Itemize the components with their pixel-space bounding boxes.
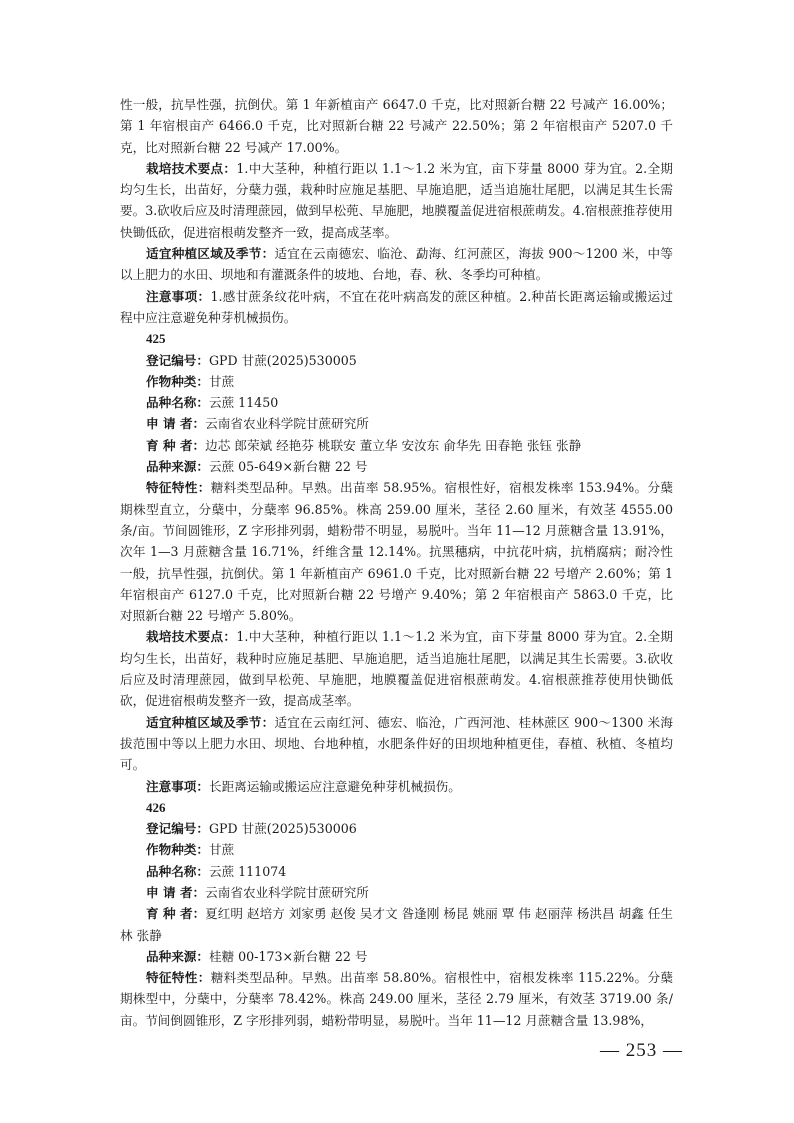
traits-value: 糖料类型品种。早熟。出苗率 58.95%。宿根性好，宿根发株率 153.94%。… — [120, 480, 673, 623]
region-label: 适宜种植区域及季节： — [146, 246, 274, 261]
source-label: 品种来源： — [146, 459, 209, 474]
applicant-value: 云南省农业科学院甘蔗研究所 — [205, 885, 369, 900]
region-label: 适宜种植区域及季节： — [146, 715, 274, 730]
cultivation-label: 栽培技术要点： — [146, 629, 236, 644]
breeders: 育 种 者：夏红明 赵培方 刘家勇 赵俊 吴才文 昝逢刚 杨昆 姚丽 覃 伟 赵… — [120, 903, 673, 946]
crop-label: 作物种类： — [146, 374, 209, 389]
document-page: 性一般，抗旱性强，抗倒伏。第 1 年新植亩产 6647.0 千克，比对照新台糖 … — [120, 94, 673, 1031]
region: 适宜种植区域及季节：适宜在云南红河、德宏、临沧，广西河池、桂林蔗区 900～13… — [120, 712, 673, 776]
notes-value: 长距离运输或搬运应注意避免种芽机械损伤。 — [209, 779, 461, 794]
traits-continuation: 性一般，抗旱性强，抗倒伏。第 1 年新植亩产 6647.0 千克，比对照新台糖 … — [120, 94, 673, 158]
crop-label: 作物种类： — [146, 842, 209, 857]
variety-source: 品种来源：桂糖 00-173×新台糖 22 号 — [120, 946, 673, 967]
traits-label: 特征特性： — [146, 480, 211, 495]
breeders-label: 育 种 者： — [146, 438, 205, 453]
variety-name: 品种名称：云蔗 11450 — [120, 392, 673, 413]
traits: 特征特性：糖料类型品种。早熟。出苗率 58.80%。宿根性中，宿根发株率 115… — [120, 967, 673, 1031]
notes-paragraph: 注意事项：1.感甘蔗条纹花叶病，不宜在花叶病高发的蔗区种植。2.种苗长距离运输或… — [120, 286, 673, 329]
variety-name-value: 云蔗 11450 — [209, 395, 278, 410]
traits-label: 特征特性： — [146, 970, 211, 985]
notes-label: 注意事项： — [146, 289, 210, 304]
variety-source: 品种来源：云蔗 05-649×新台糖 22 号 — [120, 456, 673, 477]
registration-number: 登记编号：GPD 甘蔗(2025)530006 — [120, 818, 673, 839]
notes-label: 注意事项： — [146, 779, 209, 794]
breeders-label: 育 种 者： — [146, 906, 205, 921]
source-value: 桂糖 00-173×新台糖 22 号 — [209, 949, 367, 964]
region-paragraph: 适宜种植区域及季节：适宜在云南德宏、临沧、勐海、红河蔗区，海拔 900～1200… — [120, 243, 673, 286]
variety-name: 品种名称：云蔗 111074 — [120, 861, 673, 882]
applicant-label: 申 请 者： — [146, 416, 205, 431]
page-number: — 253 — — [600, 1040, 683, 1062]
source-value: 云蔗 05-649×新台糖 22 号 — [209, 459, 367, 474]
variety-entry-425: 425 登记编号：GPD 甘蔗(2025)530005 作物种类：甘蔗 品种名称… — [120, 328, 673, 797]
registration-number: 登记编号：GPD 甘蔗(2025)530005 — [120, 350, 673, 371]
crop-value: 甘蔗 — [209, 374, 234, 389]
applicant: 申 请 者：云南省农业科学院甘蔗研究所 — [120, 882, 673, 903]
registration-label: 登记编号： — [146, 821, 209, 836]
variety-name-value: 云蔗 111074 — [209, 864, 286, 879]
entry-number: 425 — [120, 328, 673, 349]
crop-type: 作物种类：甘蔗 — [120, 371, 673, 392]
registration-value: GPD 甘蔗(2025)530005 — [209, 353, 357, 368]
crop-type: 作物种类：甘蔗 — [120, 839, 673, 860]
entry-number: 426 — [120, 797, 673, 818]
registration-label: 登记编号： — [146, 353, 209, 368]
cultivation-paragraph: 栽培技术要点：1.中大茎种，种植行距以 1.1～1.2 米为宜，亩下芽量 800… — [120, 158, 673, 243]
cultivation-label: 栽培技术要点： — [146, 161, 236, 176]
traits: 特征特性：糖料类型品种。早熟。出苗率 58.95%。宿根性好，宿根发株率 153… — [120, 477, 673, 626]
applicant-value: 云南省农业科学院甘蔗研究所 — [205, 416, 369, 431]
variety-entry-426: 426 登记编号：GPD 甘蔗(2025)530006 作物种类：甘蔗 品种名称… — [120, 797, 673, 1031]
applicant-label: 申 请 者： — [146, 885, 205, 900]
cultivation: 栽培技术要点：1.中大茎种，种植行距以 1.1～1.2 米为宜，亩下芽量 800… — [120, 626, 673, 711]
variety-name-label: 品种名称： — [146, 395, 209, 410]
notes: 注意事项：长距离运输或搬运应注意避免种芽机械损伤。 — [120, 776, 673, 797]
registration-value: GPD 甘蔗(2025)530006 — [209, 821, 357, 836]
crop-value: 甘蔗 — [209, 842, 234, 857]
variety-name-label: 品种名称： — [146, 864, 209, 879]
source-label: 品种来源： — [146, 949, 209, 964]
applicant: 申 请 者：云南省农业科学院甘蔗研究所 — [120, 413, 673, 434]
breeders-value: 边芯 郎荣斌 经艳芬 桃联安 董立华 安汝东 俞华先 田春艳 张钰 张静 — [205, 438, 581, 453]
breeders: 育 种 者：边芯 郎荣斌 经艳芬 桃联安 董立华 安汝东 俞华先 田春艳 张钰 … — [120, 435, 673, 456]
